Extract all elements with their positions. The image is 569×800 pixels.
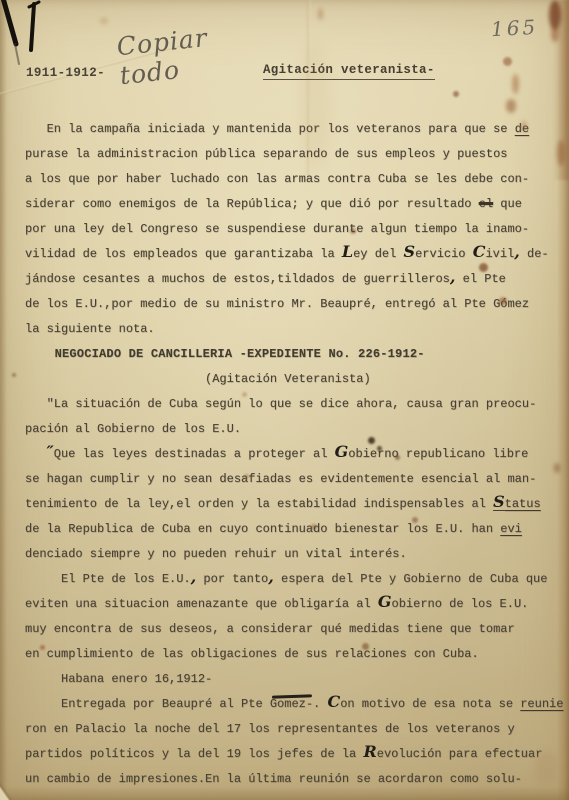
page-edge-left — [0, 0, 7, 800]
typewritten-line: Entregada por Beaupré al Pte Gomez-. Con… — [25, 692, 565, 717]
date-range-label: 1911-1912- — [26, 66, 105, 80]
typewritten-line: de los E.U.,por medio de su ministro Mr.… — [25, 292, 565, 317]
typewritten-line: de la Republica de Cuba en cuyo continua… — [25, 517, 565, 542]
typewritten-line: tenimiento de la ley,el orden y la estab… — [25, 492, 565, 517]
stain — [453, 91, 459, 97]
stain — [377, 446, 382, 451]
typewritten-line: muy encontra de sus deseos, a considerar… — [25, 617, 565, 642]
stain — [100, 18, 108, 24]
typewritten-line: partidos políticos y la del 19 los jefes… — [25, 742, 565, 767]
stain — [551, 26, 559, 42]
stain — [368, 437, 375, 444]
stain — [362, 643, 369, 650]
typewritten-line: un cambio de impresiones.En la última re… — [25, 767, 565, 792]
typewritten-line: a los que por haber luchado con las arma… — [25, 167, 565, 192]
typewritten-line: ron en Palacio la noche del 17 los repre… — [25, 717, 565, 742]
document-title: Agitación veteranista- — [263, 63, 435, 80]
stain — [503, 57, 512, 66]
stain — [244, 474, 249, 479]
stain — [318, 8, 323, 20]
stain — [300, 40, 330, 170]
typewritten-line: NEGOCIADO DE CANCILLERIA -EXPEDIENTE No.… — [25, 342, 565, 367]
typewritten-line: se hagan cumplir y no sean desafiadas es… — [25, 467, 565, 492]
typewritten-line: siderar como enemigos de la República; y… — [25, 192, 565, 217]
typewritten-line: por una ley del Congreso se suspendiese … — [25, 217, 565, 242]
typewritten-line: purase la administracion pública separan… — [25, 142, 565, 167]
typewritten-line: ″Que las leyes destinadas a proteger al … — [25, 442, 565, 467]
typewritten-text-block: En la campaña iniciada y mantenida por l… — [25, 117, 565, 792]
page-number: 165 — [490, 15, 538, 41]
stain — [557, 140, 565, 166]
scanned-document-page: Copiar todo 165 1911-1912- Agitación vet… — [0, 0, 569, 800]
typewritten-line: El Pte de los E.U., por tanto, espera de… — [25, 567, 565, 592]
stain — [350, 228, 356, 234]
stain — [479, 263, 488, 272]
handwritten-copy-note: Copiar todo — [115, 16, 280, 90]
typewritten-line: (Agitación Veteranista) — [25, 367, 565, 392]
stain — [521, 121, 527, 131]
typewritten-line: pación al Gobierno de los E.U. — [25, 417, 565, 442]
stain — [506, 99, 516, 113]
stain — [412, 517, 418, 523]
typewritten-line: denciado siempre y no pueden rehuir un v… — [25, 542, 565, 567]
stain — [535, 752, 557, 784]
typewritten-line: Habana enero 16,1912- — [25, 667, 565, 692]
typewritten-line: la siguiente nota. — [25, 317, 565, 342]
stain — [554, 463, 560, 473]
stain — [499, 297, 507, 305]
stain — [242, 392, 247, 397]
stain — [512, 74, 519, 94]
stain — [12, 373, 16, 377]
typewritten-line: eviten una situacion amenazante que obli… — [25, 592, 565, 617]
typewritten-line: "La situación de Cuba según lo que se di… — [25, 392, 565, 417]
stain — [311, 524, 317, 530]
typewritten-line: En la campaña iniciada y mantenida por l… — [25, 117, 565, 142]
stain — [395, 455, 400, 460]
typewritten-line: en cumplimiento de las obligaciones de s… — [25, 642, 565, 667]
stain — [40, 645, 45, 650]
